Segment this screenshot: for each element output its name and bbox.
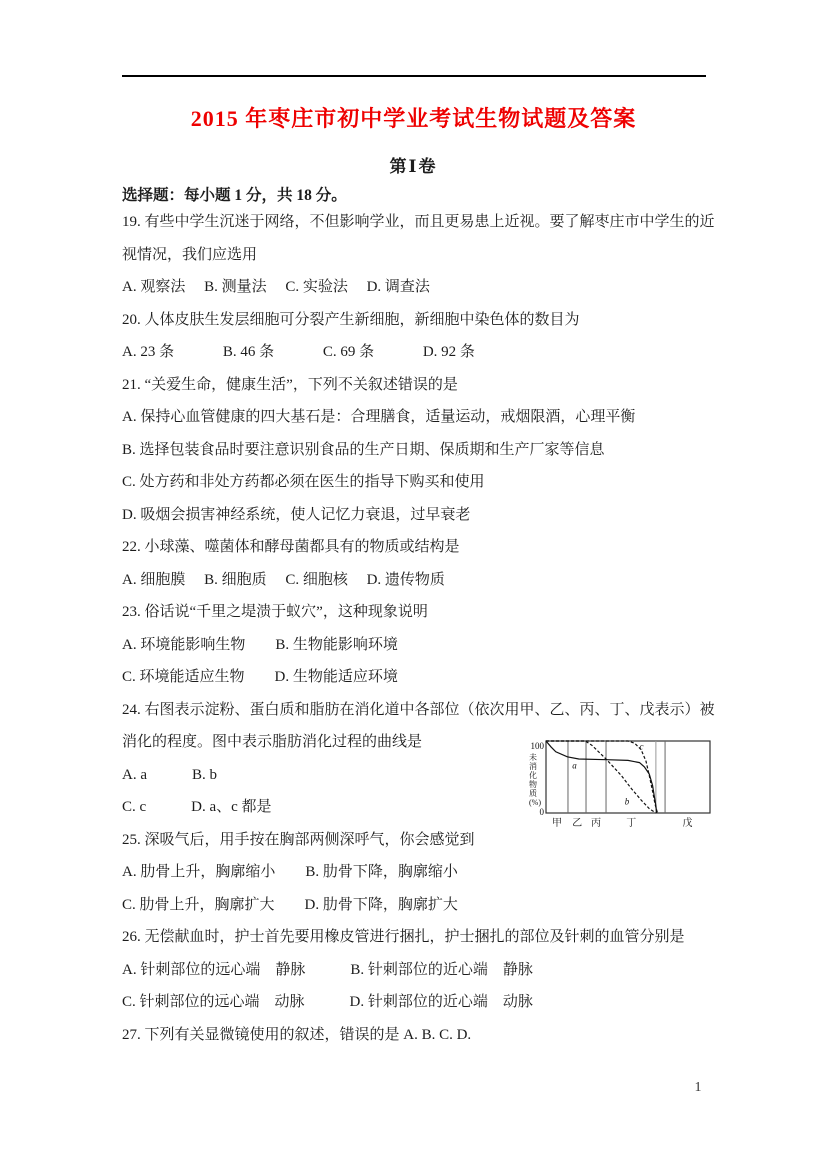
text-line: 26. 无偿献血时，护士首先要用橡皮管进行捆扎，护士捆扎的部位及针刺的血管分别是: [122, 921, 722, 954]
text-line: C. 处方药和非处方药都必须在医生的指导下购买和使用: [122, 466, 722, 499]
exam-page: 2015 年枣庄市初中学业考试生物试题及答案 第Ⅰ卷 选择题：每小题 1 分，共…: [0, 0, 827, 1169]
text-line: 19. 有些中学生沉迷于网络，不但影响学业，而且更易患上近视。要了解枣庄市中学生…: [122, 206, 722, 239]
text-line: 22. 小球藻、噬菌体和酵母菌都具有的物质或结构是: [122, 531, 722, 564]
text-line: 视情况，我们应选用: [122, 239, 722, 272]
instruction-line: 选择题：每小题 1 分，共 18 分。: [122, 183, 347, 205]
page-title: 2015 年枣庄市初中学业考试生物试题及答案: [0, 102, 827, 133]
text-line: A. 细胞膜 B. 细胞质 C. 细胞核 D. 遗传物质: [122, 564, 722, 597]
page-number: 1: [688, 1080, 708, 1096]
svg-text:乙: 乙: [572, 817, 582, 828]
text-line: 23. 俗话说“千里之堤溃于蚁穴”，这种现象说明: [122, 596, 722, 629]
svg-text:丁: 丁: [626, 817, 636, 828]
text-line: A. 环境能影响生物 B. 生物能影响环境: [122, 629, 722, 662]
text-line: 24. 右图表示淀粉、蛋白质和脂肪在消化道中各部位（依次用甲、乙、丙、丁、戊表示…: [122, 694, 722, 727]
svg-text:b: b: [625, 796, 630, 806]
svg-text:丙: 丙: [591, 817, 601, 828]
svg-text:戊: 戊: [683, 816, 693, 828]
text-line: 27. 下列有关显微镜使用的叙述，错误的是 A. B. C. D.: [122, 1019, 722, 1052]
svg-text:0: 0: [540, 807, 545, 817]
text-line: 21. “关爱生命，健康生活”，下列不关叙述错误的是: [122, 369, 722, 402]
text-line: A. 肋骨上升，胸廓缩小 B. 肋骨下降，胸廓缩小: [122, 856, 722, 889]
text-line: C. 环境能适应生物 D. 生物能适应环境: [122, 661, 722, 694]
text-line: A. 23 条 B. 46 条 C. 69 条 D. 92 条: [122, 336, 722, 369]
digestion-curve-figure: 1000未消化物质(%)abc甲乙丙丁戊: [528, 736, 712, 828]
svg-text:100: 100: [531, 741, 545, 751]
svg-text:甲: 甲: [552, 817, 562, 828]
text-line: B. 选择包装食品时要注意识别食品的生产日期、保质期和生产厂家等信息: [122, 434, 722, 467]
text-line: C. 针刺部位的远心端 动脉 D. 针刺部位的近心端 动脉: [122, 986, 722, 1019]
svg-text:未: 未: [529, 752, 537, 762]
svg-text:消: 消: [529, 761, 537, 771]
svg-text:a: a: [572, 760, 577, 770]
text-line: 25. 深吸气后，用手按在胸部两侧深呼气，你会感觉到: [122, 824, 722, 857]
svg-text:质: 质: [529, 788, 537, 798]
text-line: A. 保持心血管健康的四大基石是：合理膳食，适量运动，戒烟限酒，心理平衡: [122, 401, 722, 434]
text-line: A. 观察法 B. 测量法 C. 实验法 D. 调查法: [122, 271, 722, 304]
svg-text:化: 化: [529, 770, 537, 780]
text-line: 20. 人体皮肤生发层细胞可分裂产生新细胞，新细胞中染色体的数目为: [122, 304, 722, 337]
svg-text:c: c: [639, 742, 643, 752]
question-lines: 19. 有些中学生沉迷于网络，不但影响学业，而且更易患上近视。要了解枣庄市中学生…: [122, 206, 722, 1051]
svg-text:(%): (%): [529, 798, 541, 807]
section-heading: 第Ⅰ卷: [0, 152, 827, 177]
text-line: C. 肋骨上升，胸廓扩大 D. 肋骨下降，胸廓扩大: [122, 889, 722, 922]
header-rule: [122, 75, 706, 77]
text-line: D. 吸烟会损害神经系统，使人记忆力衰退，过早衰老: [122, 499, 722, 532]
text-line: A. 针刺部位的远心端 静脉 B. 针刺部位的近心端 静脉: [122, 954, 722, 987]
svg-text:物: 物: [529, 779, 537, 789]
